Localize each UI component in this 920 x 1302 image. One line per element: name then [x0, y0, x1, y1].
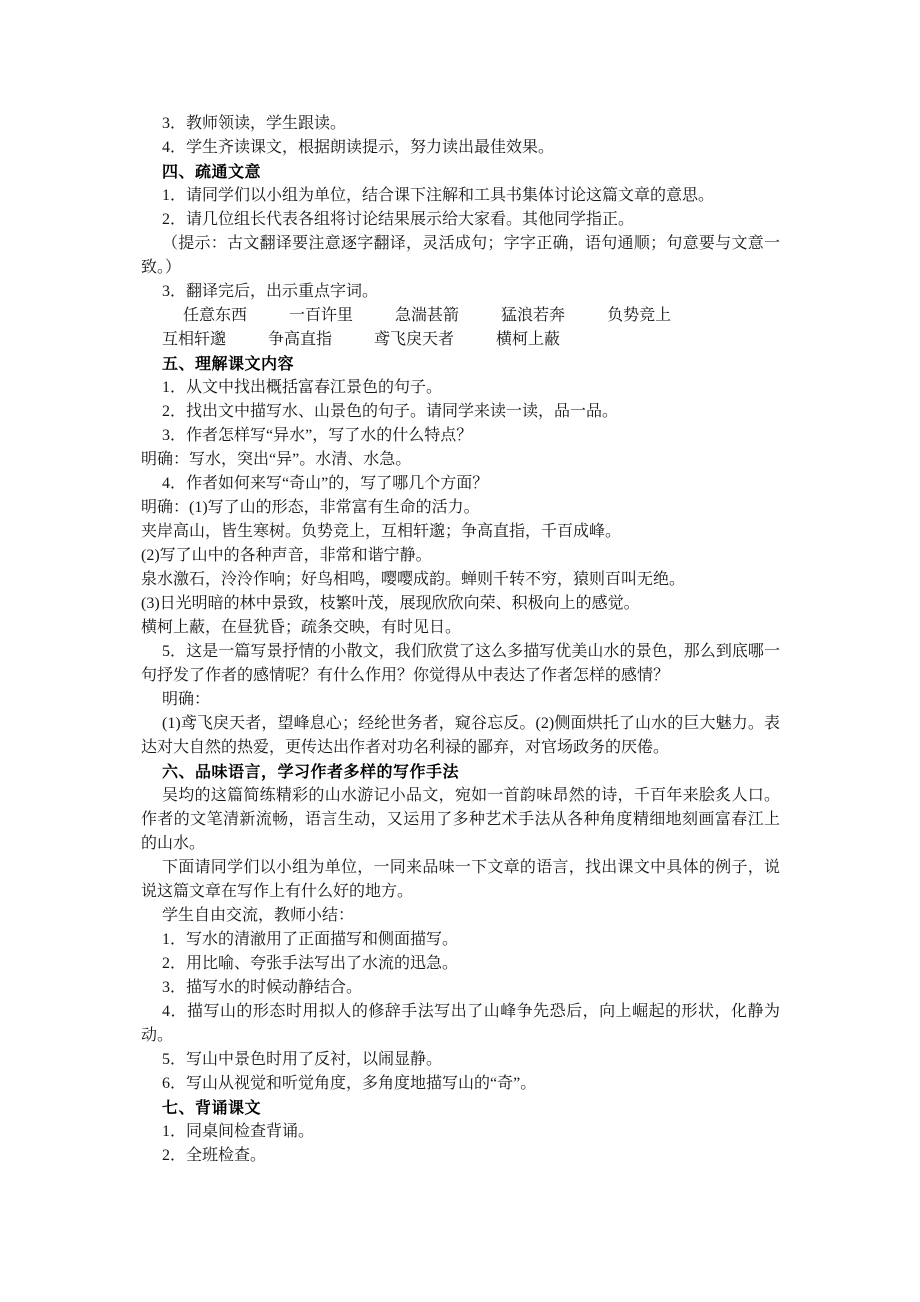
paragraph: 3．翻译完后，出示重点字词。: [141, 280, 780, 304]
paragraph: 2．请几位组长代表各组将讨论结果展示给大家看。其他同学指正。: [141, 208, 780, 232]
paragraph: 4．学生齐读课文，根据朗读提示，努力读出最佳效果。: [141, 136, 780, 160]
paragraph: (3)日光明暗的林中景致，枝繁叶茂，展现欣欣向荣、积极向上的感觉。: [141, 592, 780, 616]
paragraph: 下面请同学们以小组为单位，一同来品味一下文章的语言，找出课文中具体的例子，说说这…: [141, 856, 780, 904]
paragraph: 明确：写水，突出“异”。水清、水急。: [141, 448, 780, 472]
section-heading: 六、品味语言，学习作者多样的写作手法: [141, 760, 780, 784]
paragraph: 吴均的这篇简练精彩的山水游记小品文，宛如一首韵味昂然的诗，千百年来脍炙人口。作者…: [141, 784, 780, 856]
paragraph: 5．这是一篇写景抒情的小散文，我们欣赏了这么多描写优美山水的景色，那么到底哪一句…: [141, 640, 780, 688]
paragraph: 3．描写水的时候动静结合。: [141, 976, 780, 1000]
vocab-term: 负势竞上: [586, 304, 671, 328]
vocab-term: 互相轩邈: [141, 328, 226, 352]
vocab-term: 一百许里: [268, 304, 353, 328]
paragraph: 泉水激石，泠泠作响；好鸟相鸣，嘤嘤成韵。蝉则千转不穷，猿则百叫无绝。: [141, 568, 780, 592]
paragraph: 1．请同学们以小组为单位，结合课下注解和工具书集体讨论这篇文章的意思。: [141, 184, 780, 208]
vocab-term: 横柯上蔽: [475, 328, 560, 352]
paragraph: 1．同桌间检查背诵。: [141, 1120, 780, 1144]
paragraph: 2．用比喻、夸张手法写出了水流的迅急。: [141, 952, 780, 976]
vocab-term: 鸢飞戾天者: [353, 328, 454, 352]
paragraph: (2)写了山中的各种声音，非常和谐宁静。: [141, 544, 780, 568]
paragraph: 4．作者如何来写“奇山”的，写了哪几个方面？: [141, 472, 780, 496]
section-heading: 五、理解课文内容: [141, 352, 780, 376]
section-heading: 七、背诵课文: [141, 1096, 780, 1120]
paragraph: 4．描写山的形态时用拟人的修辞手法写出了山峰争先恐后，向上崛起的形状，化静为动。: [141, 1000, 780, 1048]
paragraph: 学生自由交流，教师小结：: [141, 904, 780, 928]
vocab-term: 争高直指: [247, 328, 332, 352]
paragraph: 1．从文中找出概括富春江景色的句子。: [141, 376, 780, 400]
paragraph: 2．全班检查。: [141, 1144, 780, 1168]
paragraph: 夹岸高山，皆生寒树。负势竞上，互相轩邈；争高直指，千百成峰。: [141, 520, 780, 544]
word-list: 任意东西一百许里急湍甚箭猛浪若奔负势竞上互相轩邈争高直指鸢飞戾天者横柯上蔽: [141, 304, 780, 352]
lesson-plan-document: 3．教师领读，学生跟读。4．学生齐读课文，根据朗读提示，努力读出最佳效果。四、疏…: [141, 112, 780, 1168]
paragraph: 3．作者怎样写“异水”，写了水的什么特点？: [141, 424, 780, 448]
vocab-term: 猛浪若奔: [480, 304, 565, 328]
paragraph: 6．写山从视觉和听觉角度，多角度地描写山的“奇”。: [141, 1072, 780, 1096]
paragraph: （提示：古文翻译要注意逐字翻译，灵活成句；字字正确，语句通顺；句意要与文意一致。…: [141, 232, 780, 280]
vocab-term: 任意东西: [162, 304, 247, 328]
paragraph: 1．写水的清澈用了正面描写和侧面描写。: [141, 928, 780, 952]
paragraph: 横柯上蔽，在昼犹昏；疏条交映，有时见日。: [141, 616, 780, 640]
paragraph: 5．写山中景色时用了反衬，以闹显静。: [141, 1048, 780, 1072]
vocab-term: 急湍甚箭: [374, 304, 459, 328]
paragraph: 2．找出文中描写水、山景色的句子。请同学来读一读，品一品。: [141, 400, 780, 424]
paragraph: 3．教师领读，学生跟读。: [141, 112, 780, 136]
paragraph: (1)鸢飞戾天者，望峰息心；经纶世务者，窥谷忘反。(2)侧面烘托了山水的巨大魅力…: [141, 712, 780, 760]
section-heading: 四、疏通文意: [141, 160, 780, 184]
document-page: 3．教师领读，学生跟读。4．学生齐读课文，根据朗读提示，努力读出最佳效果。四、疏…: [0, 0, 920, 1302]
paragraph: 明确：: [141, 688, 780, 712]
paragraph: 明确：(1)写了山的形态，非常富有生命的活力。: [141, 496, 780, 520]
